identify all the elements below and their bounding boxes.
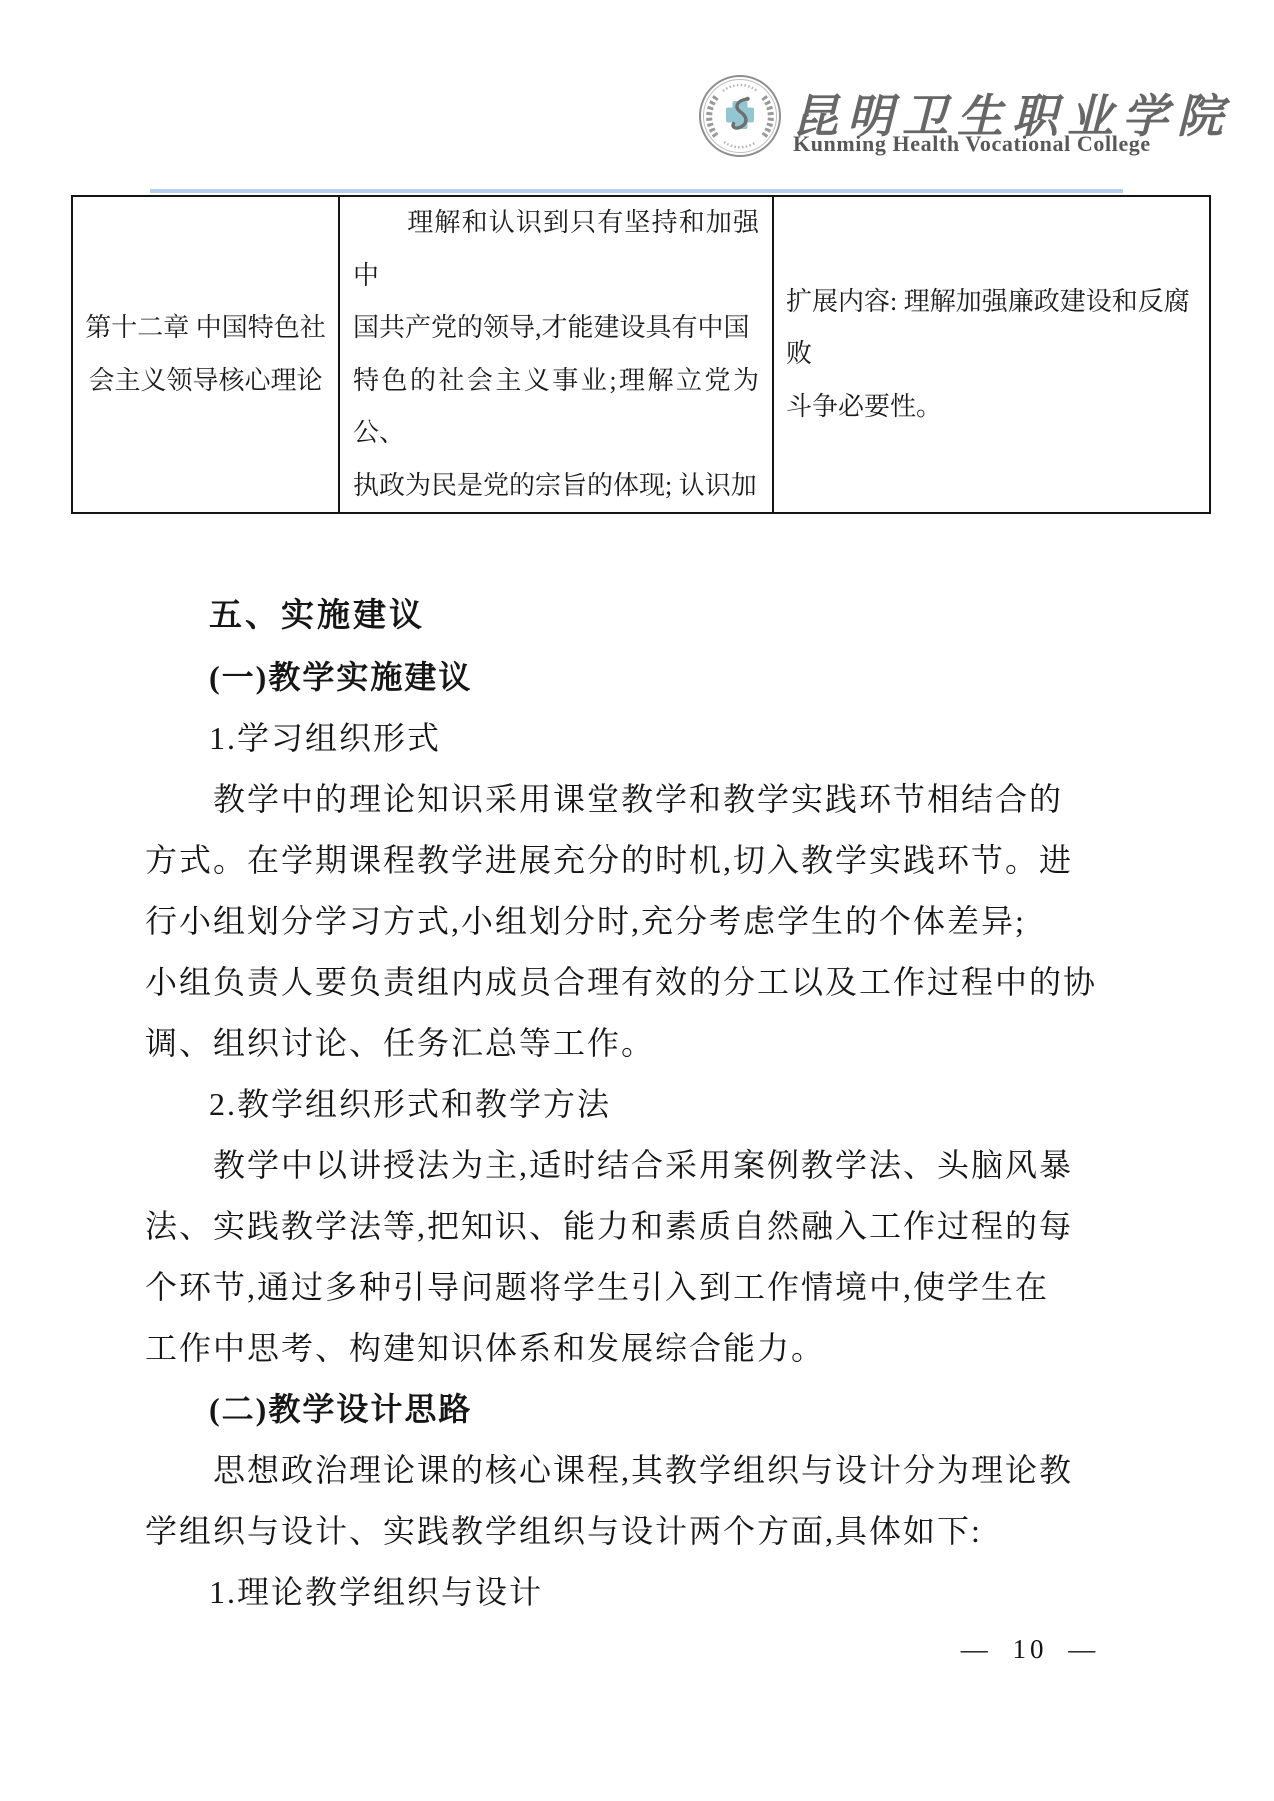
item-heading-theory-teaching-design: 1.理论教学组织与设计 bbox=[145, 1562, 1135, 1623]
paragraph-teaching-design: 思想政治理论课的核心课程,其教学组织与设计分为理论教 学组织与设计、实践教学组织… bbox=[145, 1440, 1135, 1562]
header-divider-rule bbox=[150, 189, 1123, 193]
college-emblem-icon bbox=[698, 74, 782, 158]
snake-head-icon bbox=[746, 97, 750, 101]
college-name-english: Kunming Health Vocational College bbox=[793, 131, 1151, 157]
document-body: 五、实施建议 (一)教学实施建议 1.学习组织形式 教学中的理论知识采用课堂教学… bbox=[145, 586, 1135, 1623]
extension-content-cell: 扩展内容: 理解加强廉政建设和反腐败 斗争必要性。 bbox=[774, 197, 1209, 512]
document-page: 昆明卫生职业学院 Kunming Health Vocational Colle… bbox=[0, 0, 1274, 1801]
page-number: — 10 — bbox=[880, 1634, 1180, 1665]
learning-requirements-cell: 理解和认识到只有坚持和加强中 国共产党的领导,才能建设具有中国 特色的社会主义事… bbox=[340, 197, 774, 512]
subsection-heading-teaching-implementation: (一)教学实施建议 bbox=[145, 647, 1135, 708]
paragraph-teaching-methods: 教学中以讲授法为主,适时结合采用案例教学法、头脑风暴 法、实践教学法等,把知识、… bbox=[145, 1135, 1135, 1379]
chapter-cell: 第十二章 中国特色社 会主义领导核心理论 bbox=[73, 197, 340, 512]
subsection-heading-teaching-design: (二)教学设计思路 bbox=[145, 1379, 1135, 1440]
chapter-overview-table: 第十二章 中国特色社 会主义领导核心理论 理解和认识到只有坚持和加强中 国共产党… bbox=[71, 195, 1211, 514]
paragraph-learning-organization: 教学中的理论知识采用课堂教学和教学实践环节相结合的 方式。在学期课程教学进展充分… bbox=[145, 769, 1135, 1074]
section-heading-implementation: 五、实施建议 bbox=[145, 586, 1135, 647]
item-heading-teaching-methods: 2.教学组织形式和教学方法 bbox=[145, 1074, 1135, 1135]
college-logo bbox=[698, 74, 782, 158]
item-heading-learning-organization: 1.学习组织形式 bbox=[145, 708, 1135, 769]
